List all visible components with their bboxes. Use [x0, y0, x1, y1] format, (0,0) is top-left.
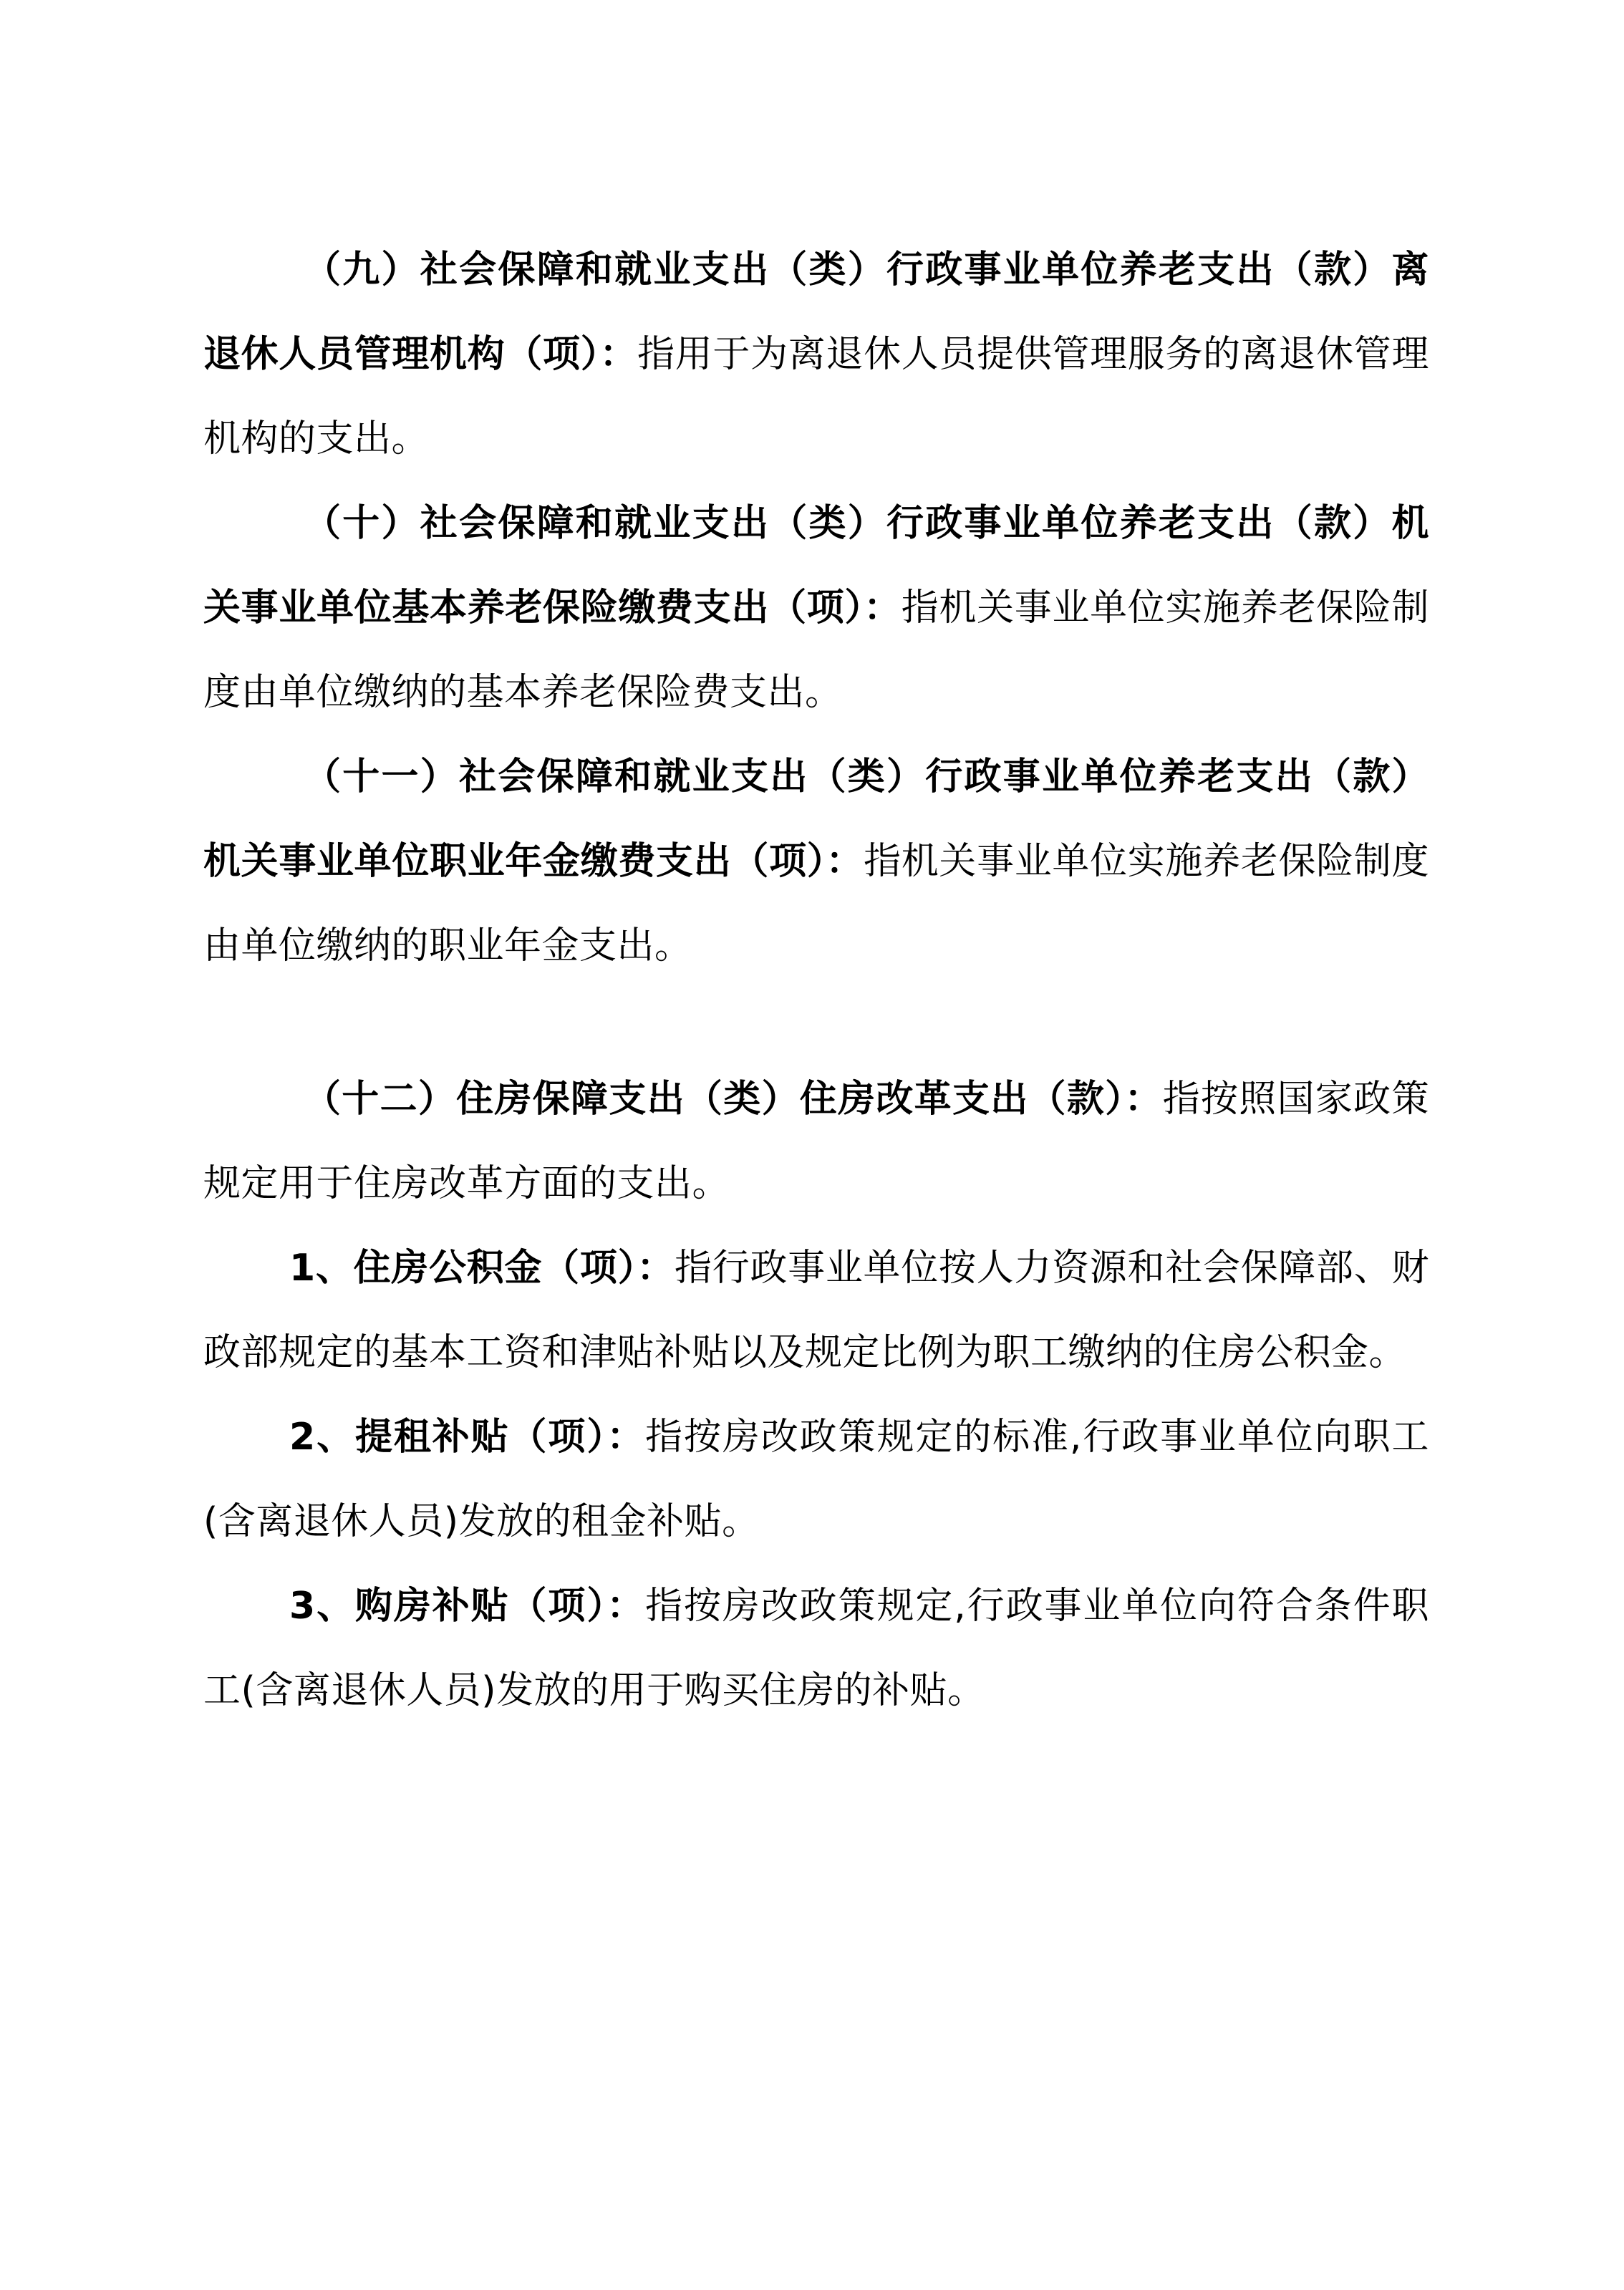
- paragraph-item-11: （十一）社会保障和就业支出（类）行政事业单位养老支出（款）机关事业单位职业年金缴…: [203, 735, 1429, 988]
- paragraph-gap: [203, 988, 1429, 1057]
- subparagraph-rent-subsidy: 2、提租补贴（项）：指按房改政策规定的标准,行政事业单位向职工(含离退休人员)发…: [203, 1395, 1429, 1564]
- subparagraph-purchase-subsidy: 3、购房补贴（项）：指按房改政策规定,行政事业单位向符合条件职工(含离退休人员)…: [203, 1564, 1429, 1733]
- paragraph-item-12: （十二）住房保障支出（类）住房改革支出（款）：指按照国家政策规定用于住房改革方面…: [203, 1057, 1429, 1226]
- paragraph-item-10: （十）社会保障和就业支出（类）行政事业单位养老支出（款）机关事业单位基本养老保险…: [203, 481, 1429, 735]
- paragraph-heading: 3、购房补贴（项）：: [289, 1585, 645, 1628]
- paragraph-item-9: （九）社会保障和就业支出（类）行政事业单位养老支出（款）离退休人员管理机构（项）…: [203, 228, 1429, 481]
- subparagraph-housing-fund: 1、住房公积金（项）：指行政事业单位按人力资源和社会保障部、财政部规定的基本工资…: [203, 1226, 1429, 1395]
- paragraph-heading: （十二）住房保障支出（类）住房改革支出（款）：: [304, 1078, 1163, 1121]
- document-page: （九）社会保障和就业支出（类）行政事业单位养老支出（款）离退休人员管理机构（项）…: [203, 228, 1429, 1733]
- paragraph-heading: 2、提租补贴（项）：: [289, 1416, 645, 1459]
- paragraph-heading: 1、住房公积金（项）：: [289, 1247, 675, 1290]
